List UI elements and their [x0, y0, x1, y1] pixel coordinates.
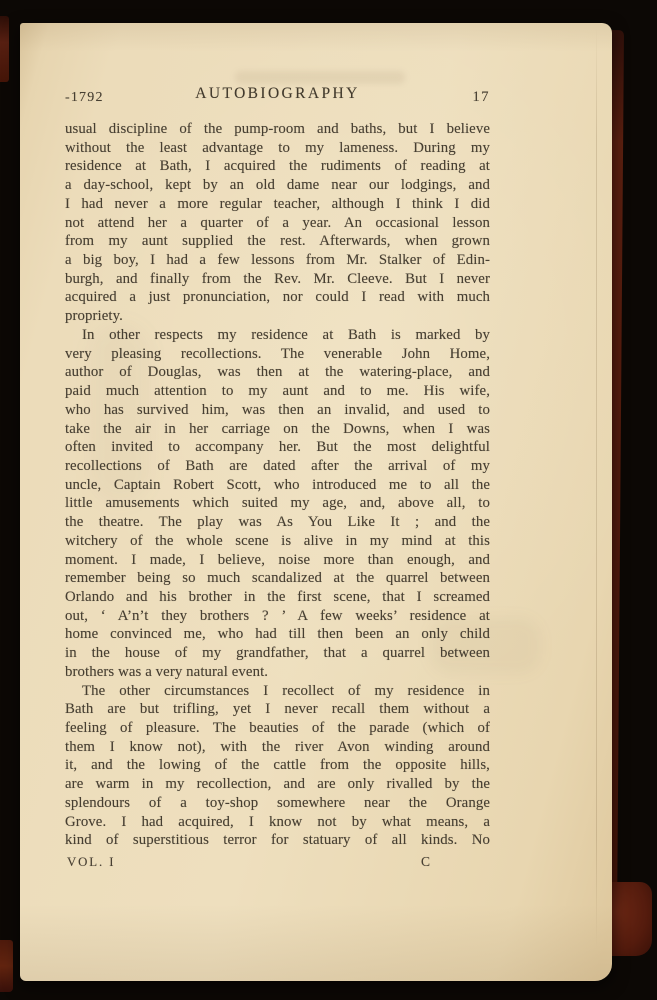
text-line: acquired a just pronunciation, nor could…: [65, 288, 490, 307]
text-line: kind of superstitious terror for statuar…: [65, 831, 490, 850]
text-line: Orlando and his brother in the first sce…: [65, 588, 490, 607]
text-line: uncle, Captain Robert Scott, who introdu…: [65, 476, 490, 495]
header-year: -1792: [65, 90, 104, 106]
text-line: not attend her a quarter of a year. An o…: [65, 214, 490, 233]
text-line: recollections of Bath are dated after th…: [65, 457, 490, 476]
show-through-mark: [235, 71, 405, 84]
text-line: The other circumstances I recollect of m…: [65, 682, 490, 701]
text-line: I had never a more regular teacher, alth…: [65, 195, 490, 214]
text-line: Bath are but trifling, yet I never recal…: [65, 700, 490, 719]
text-line: paid much attention to my aunt and to me…: [65, 382, 490, 401]
text-line: it, and the lowing of the cattle from th…: [65, 756, 490, 775]
text-line: burgh, and finally from the Rev. Mr. Cle…: [65, 270, 490, 289]
text-line: them I know not), with the river Avon wi…: [65, 738, 490, 757]
page-edge-line: [596, 27, 597, 947]
text-line: residence at Bath, I acquired the rudime…: [65, 157, 490, 176]
text-line: out, ‘ A’n’t they brothers ? ’ A few wee…: [65, 607, 490, 626]
text-line: feeling of pleasure. The beauties of the…: [65, 719, 490, 738]
text-line: brothers was a very natural event.: [65, 663, 490, 682]
text-line: take the air in her carriage on the Down…: [65, 420, 490, 439]
text-line: remember being so much scandalized at th…: [65, 569, 490, 588]
header-page-number: 17: [473, 89, 491, 106]
text-line: often invited to accompany her. But the …: [65, 438, 490, 457]
page-header: -1792 AUTOBIOGRAPHY 17: [65, 85, 490, 107]
text-line: home convinced me, who had till then bee…: [65, 625, 490, 644]
text-line: moment. I made, I believe, noise more th…: [65, 551, 490, 570]
text-line: In other respects my residence at Bath i…: [65, 326, 490, 345]
text-line: witchery of the whole scene is alive in …: [65, 532, 490, 551]
page-footer: VOL. I C: [65, 852, 490, 872]
text-line: a big boy, I had a few lessons from Mr. …: [65, 251, 490, 270]
text-line: from my aunt supplied the rest. Afterwar…: [65, 232, 490, 251]
footer-signature: C: [421, 854, 431, 870]
text-line: without the least advantage to my lamene…: [65, 139, 490, 158]
text-line: in the house of my grandfather, that a q…: [65, 644, 490, 663]
text-line: usual discipline of the pump-room and ba…: [65, 120, 490, 139]
text-line: author of Douglas, was then at the water…: [65, 363, 490, 382]
text-line: the theatre. The play was As You Like It…: [65, 513, 490, 532]
text-line: who has survived him, was then an invali…: [65, 401, 490, 420]
footer-volume: VOL. I: [67, 855, 115, 870]
text-line: are warm in my recollection, and are onl…: [65, 775, 490, 794]
page-body: usual discipline of the pump-room and ba…: [65, 120, 490, 850]
printed-content: -1792 AUTOBIOGRAPHY 17 usual discipline …: [65, 85, 490, 872]
text-line: a day-school, kept by an old dame near o…: [65, 176, 490, 195]
book-page: -1792 AUTOBIOGRAPHY 17 usual discipline …: [20, 23, 612, 981]
text-line: very pleasing recollections. The venerab…: [65, 345, 490, 364]
text-line: Grove. I had acquired, I know not by wha…: [65, 813, 490, 832]
text-line: splendours of a toy-shop somewhere near …: [65, 794, 490, 813]
header-title: AUTOBIOGRAPHY: [65, 85, 490, 103]
text-line: little amusements which suited my age, a…: [65, 494, 490, 513]
text-line: propriety.: [65, 307, 490, 326]
